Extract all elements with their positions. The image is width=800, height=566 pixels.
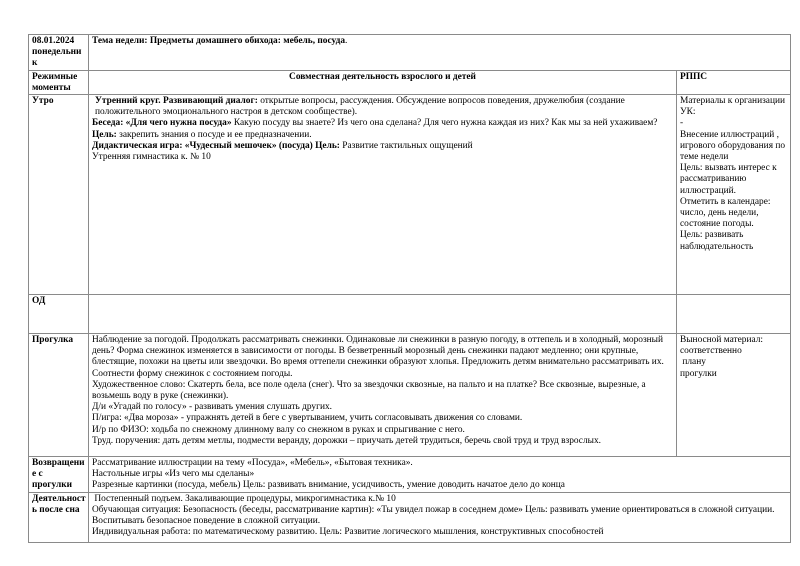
- walk-line: Художественное слово: Скатерть бела, все…: [92, 380, 673, 402]
- walk-line: И/р по ФИЗО: ходьба по снежному длинному…: [92, 425, 673, 436]
- theme-cell: Тема недели: Предметы домашнего обихода:…: [89, 35, 791, 71]
- row-label-return: Возвращени е с прогулки: [29, 457, 89, 493]
- theme-label: Тема недели:: [92, 36, 150, 46]
- morning-game-text: Развитие тактильных ощущений: [340, 141, 473, 151]
- col-header-regime: Режимные моменты: [29, 70, 89, 94]
- morning-game-title: Дидактическая игра: «Чудесный мешочек» (…: [92, 141, 340, 151]
- row-morning: Утро Утренний круг. Развивающий диалог: …: [29, 95, 791, 295]
- header-row: 08.01.2024 понедельни к Тема недели: Пре…: [29, 35, 791, 71]
- row-od: ОД: [29, 295, 791, 334]
- rpps-line: Цель: развивать наблюдательность: [680, 230, 787, 252]
- rpps-line: Внесение иллюстраций , игрового оборудов…: [680, 130, 787, 164]
- after-sleep-line: Постепенный подъем. Закаливающие процеду…: [92, 494, 787, 505]
- return-content: Рассматривание иллюстрации на тему «Посу…: [89, 457, 791, 493]
- morning-talk-title: Беседа: «Для чего нужна посуда»: [92, 118, 232, 128]
- return-line: Разрезные картинки (посуда, мебель) Цель…: [92, 480, 787, 491]
- morning-talk-goal: закрепить знания о посуде и ее предназна…: [117, 130, 312, 140]
- rpps-line: плану: [680, 357, 787, 368]
- walk-line: Наблюдение за погодой. Продолжать рассма…: [92, 335, 673, 369]
- rpps-line: Выносной материал: соответственно: [680, 335, 787, 357]
- row-label-morning: Утро: [29, 95, 89, 295]
- theme-end: .: [345, 36, 347, 46]
- row-label-walk: Прогулка: [29, 334, 89, 457]
- return-line: Настольные игры «Из чего мы сделаны»: [92, 469, 787, 480]
- walk-line: Д/и «Угадай по голосу» - развивать умени…: [92, 402, 673, 413]
- walk-line: П/игра: «Два мороза» - упражнять детей в…: [92, 413, 673, 424]
- morning-gym: Утренняя гимнастика к. № 10: [92, 152, 673, 163]
- date: 08.01.2024: [32, 36, 85, 47]
- morning-content: Утренний круг. Развивающий диалог: откры…: [89, 95, 677, 295]
- row-return: Возвращени е с прогулки Рассматривание и…: [29, 457, 791, 493]
- date-cell: 08.01.2024 понедельни к: [29, 35, 89, 71]
- return-line: Рассматривание иллюстрации на тему «Посу…: [92, 458, 787, 469]
- row-label-after-sleep: Деятельност ь после сна: [29, 492, 89, 542]
- row-after-sleep: Деятельност ь после сна Постепенный подъ…: [29, 492, 791, 542]
- weekday: понедельни к: [32, 47, 85, 69]
- row-walk: Прогулка Наблюдение за погодой. Продолжа…: [29, 334, 791, 457]
- rpps-line: Цель: вызвать интерес к рассматриванию и…: [680, 163, 787, 197]
- daily-plan-table: 08.01.2024 понедельни к Тема недели: Пре…: [28, 34, 791, 543]
- col-header-rpps: РППС: [677, 70, 791, 94]
- morning-talk-goal-label: Цель:: [92, 130, 117, 140]
- walk-line: Труд. поручения: дать детям метлы, подме…: [92, 436, 673, 447]
- morning-talk-text: Какую посуду вы знаете? Из чего она сдел…: [232, 118, 658, 128]
- od-rpps: [677, 295, 791, 334]
- column-header-row: Режимные моменты Совместная деятельность…: [29, 70, 791, 94]
- walk-line: Соотнести форму снежинок с состоянием по…: [92, 369, 673, 380]
- after-sleep-content: Постепенный подъем. Закаливающие процеду…: [89, 492, 791, 542]
- morning-rpps: Материалы к организации УК: - Внесение и…: [677, 95, 791, 295]
- row-label-od: ОД: [29, 295, 89, 334]
- rpps-line: Отметить в календаре: число, день недели…: [680, 197, 787, 231]
- rpps-line: Материалы к организации УК:: [680, 96, 787, 118]
- rpps-line: прогулки: [680, 369, 787, 380]
- od-content: [89, 295, 677, 334]
- morning-circle-title: Утренний круг. Развивающий диалог:: [95, 96, 258, 106]
- theme-value: Предметы домашнего обихода: мебель, посу…: [150, 36, 345, 46]
- walk-rpps: Выносной материал: соответственно плану …: [677, 334, 791, 457]
- after-sleep-line: Обучающая ситуация: Безопасность (беседы…: [92, 505, 787, 527]
- col-header-joint: Совместная деятельность взрослого и дете…: [89, 70, 677, 94]
- rpps-line: -: [680, 118, 787, 129]
- after-sleep-line: Индивидуальная работа: по математическом…: [92, 527, 787, 538]
- walk-content: Наблюдение за погодой. Продолжать рассма…: [89, 334, 677, 457]
